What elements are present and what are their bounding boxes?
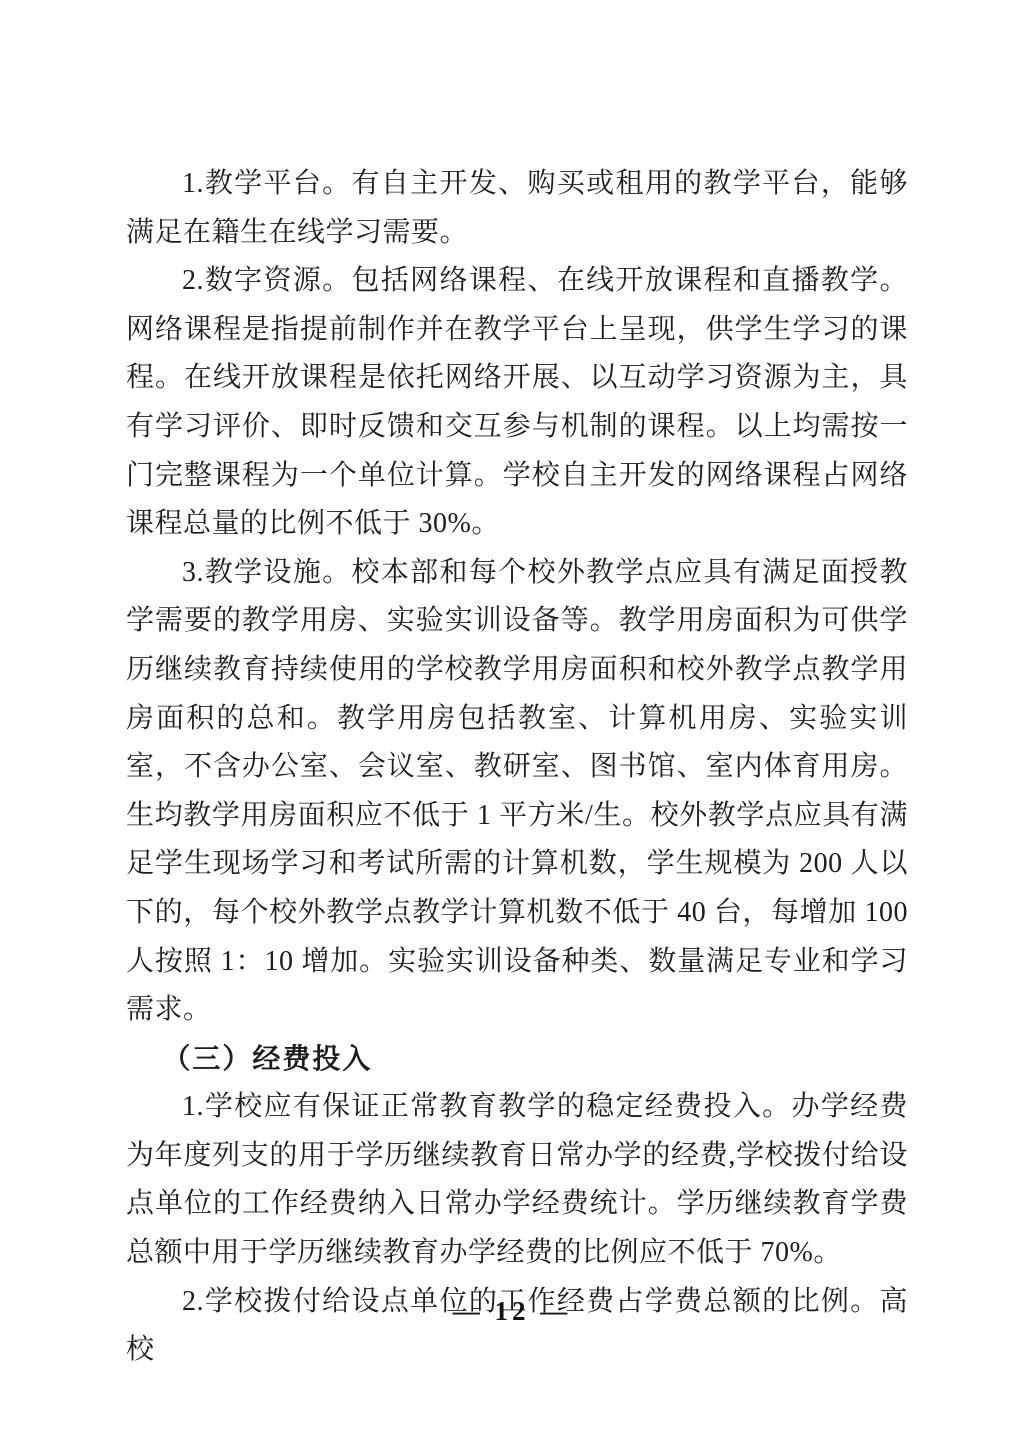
paragraph-teaching-platform: 1.教学平台。有自主开发、购买或租用的教学平台，能够满足在籍生在线学习需要。 [126,160,908,257]
document-body: 1.教学平台。有自主开发、购买或租用的教学平台，能够满足在籍生在线学习需要。 2… [126,160,908,1375]
page-number: — 12 — [453,1296,572,1326]
document-page: 1.教学平台。有自主开发、购买或租用的教学平台，能够满足在籍生在线学习需要。 2… [0,0,1024,1448]
paragraph-funding-1: 1.学校应有保证正常教育教学的稳定经费投入。办学经费为年度列支的用于学历继续教育… [126,1083,908,1277]
paragraph-digital-resources: 2.数字资源。包括网络课程、在线开放课程和直播教学。网络课程是指提前制作并在教学… [126,257,908,549]
page-footer: — 12 — [0,1296,1024,1327]
section-heading-funding: （三）经费投入 [126,1035,908,1084]
paragraph-teaching-facilities: 3.教学设施。校本部和每个校外教学点应具有满足面授教学需要的教学用房、实验实训设… [126,549,908,1035]
